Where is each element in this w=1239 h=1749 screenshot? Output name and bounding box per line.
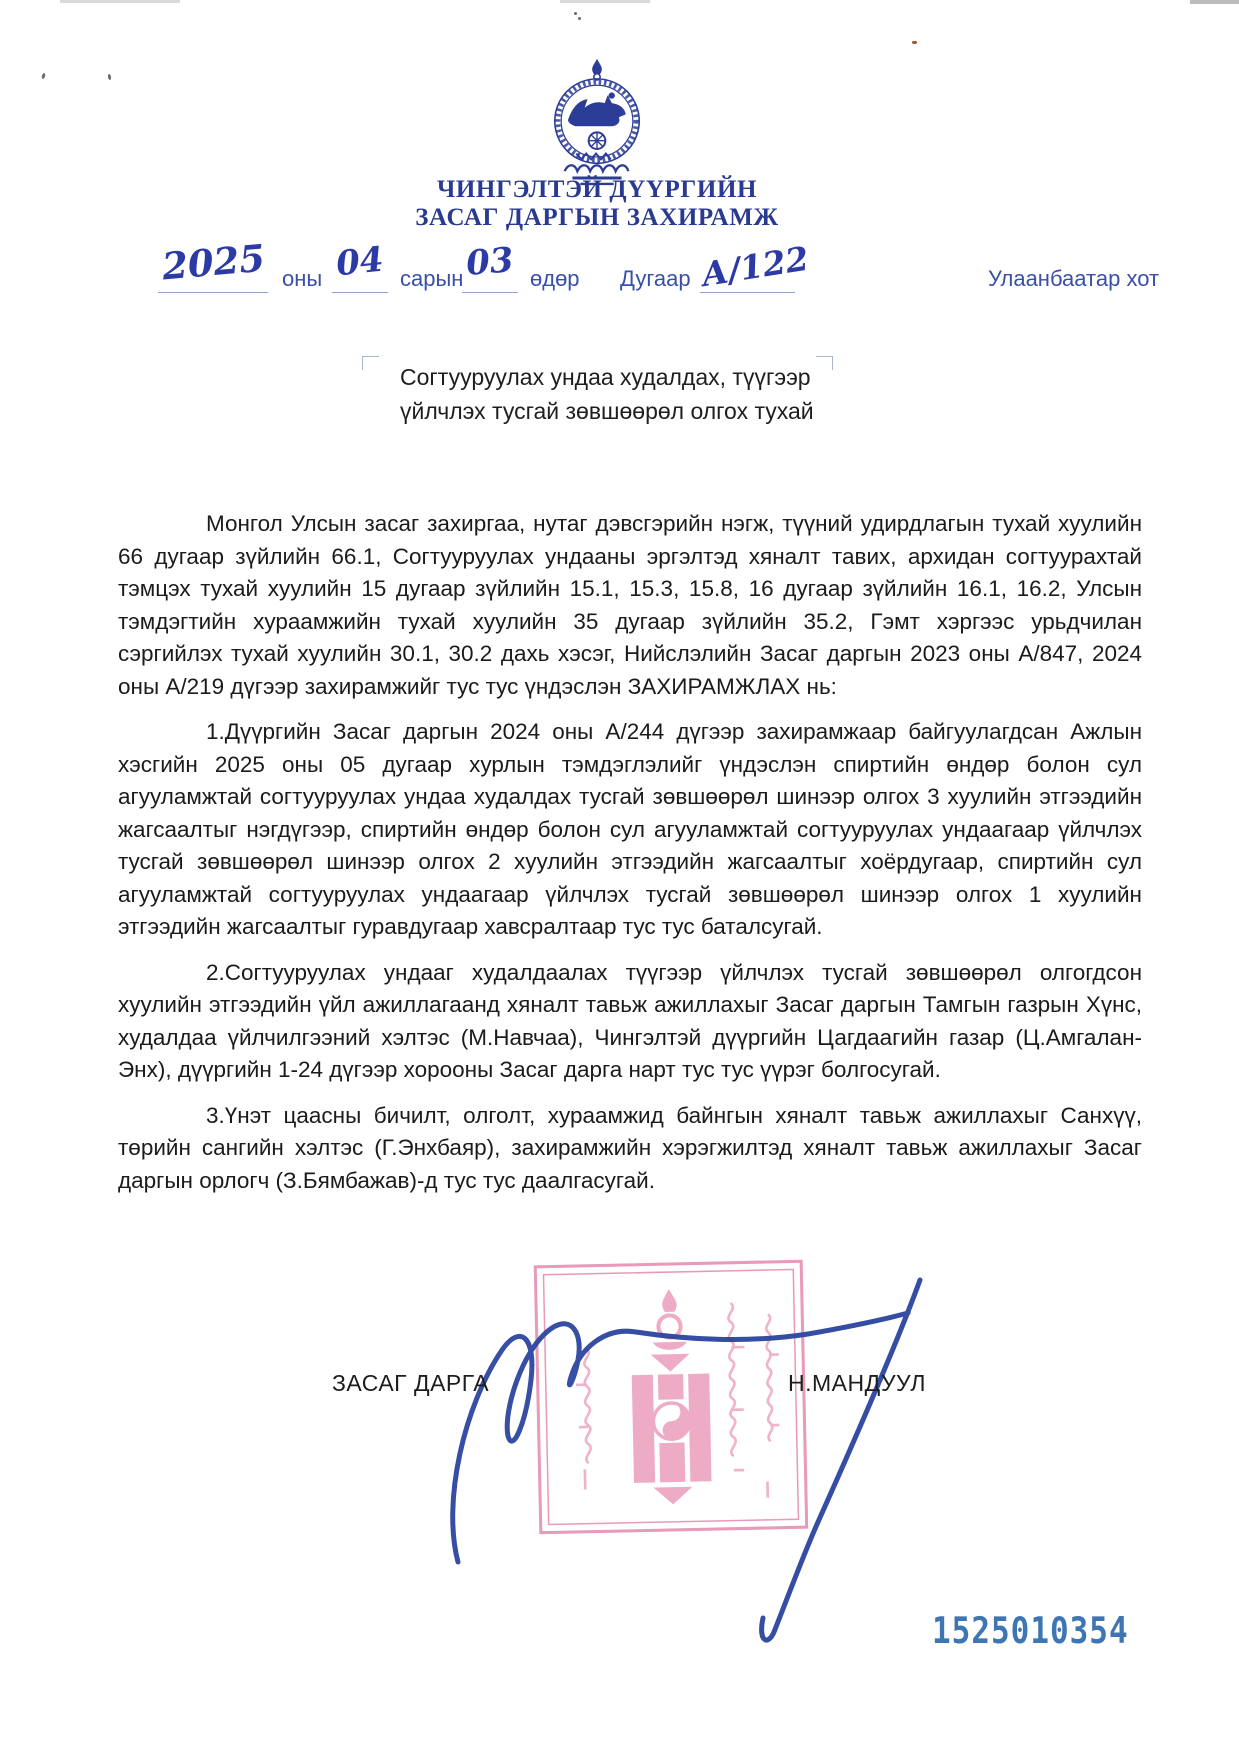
handwritten-month: 04 [335,240,386,285]
org-header: ЧИНГЭЛТЭЙ ДҮҮРГИЙН ЗАСАГ ДАРГЫН ЗАХИРАМЖ [347,176,847,232]
handwritten-number: А/122 [699,239,812,294]
scan-artifact [60,0,180,3]
signer-title: ЗАСАГ ДАРГА [332,1370,489,1397]
number-field: А/122 [700,240,795,293]
org-name-line2: ЗАСАГ ДАРГЫН ЗАХИРАМЖ [347,204,847,232]
corner-bracket-left [362,356,379,370]
number-label: Дугаар [620,266,691,292]
body-text: Монгол Улсын засаг захиргаа, нутаг дэвсг… [118,508,1142,1210]
scan-artifact [1190,0,1239,4]
city-label: Улаанбаатар хот [988,266,1159,292]
day-label: өдөр [530,266,580,292]
scan-artifact [574,12,577,15]
meta-line: 2025 оны 04 сарын 03 өдөр Дугаар А/122 У… [0,252,1239,322]
date-day-field: 03 [462,240,518,293]
signer-name: Н.МАНДУУЛ [788,1370,926,1397]
scan-artifact [912,41,917,44]
subject-block: Согтууруулах ундаа худалдах, түүгээр үйл… [400,360,840,428]
scan-artifact [560,0,650,3]
scan-artifact [41,73,46,80]
org-name-line1: ЧИНГЭЛТЭЙ ДҮҮРГИЙН [347,176,847,204]
handwritten-day: 03 [465,240,516,284]
date-year-field: 2025 [158,240,268,293]
signature-ink-icon [420,1250,960,1670]
scan-artifact [108,74,112,80]
handwritten-year: 2025 [160,236,266,289]
month-label: сарын [400,266,463,292]
body-paragraph: 2.Согтууруулах ундааг худалдаалах түүгээ… [118,957,1142,1087]
body-paragraph: 1.Дүүргийн Засаг даргын 2024 оны А/244 д… [118,716,1142,944]
body-paragraph: 3.Үнэт цаасны бичилт, олголт, хураамжид … [118,1100,1142,1198]
subject-line2: үйлчлэх тусгай зөвшөөрөл олгох тухай [400,394,840,428]
body-paragraph: Монгол Улсын засаг захиргаа, нутаг дэвсг… [118,508,1142,703]
state-emblem-icon [543,58,651,192]
subject-line1: Согтууруулах ундаа худалдах, түүгээр [400,360,840,394]
year-label: оны [282,266,322,292]
document-page: { "document": { "header": { "org_line1":… [0,0,1239,1749]
date-month-field: 04 [332,240,388,293]
serial-number-stamp: 1525010354 [932,1610,1129,1652]
